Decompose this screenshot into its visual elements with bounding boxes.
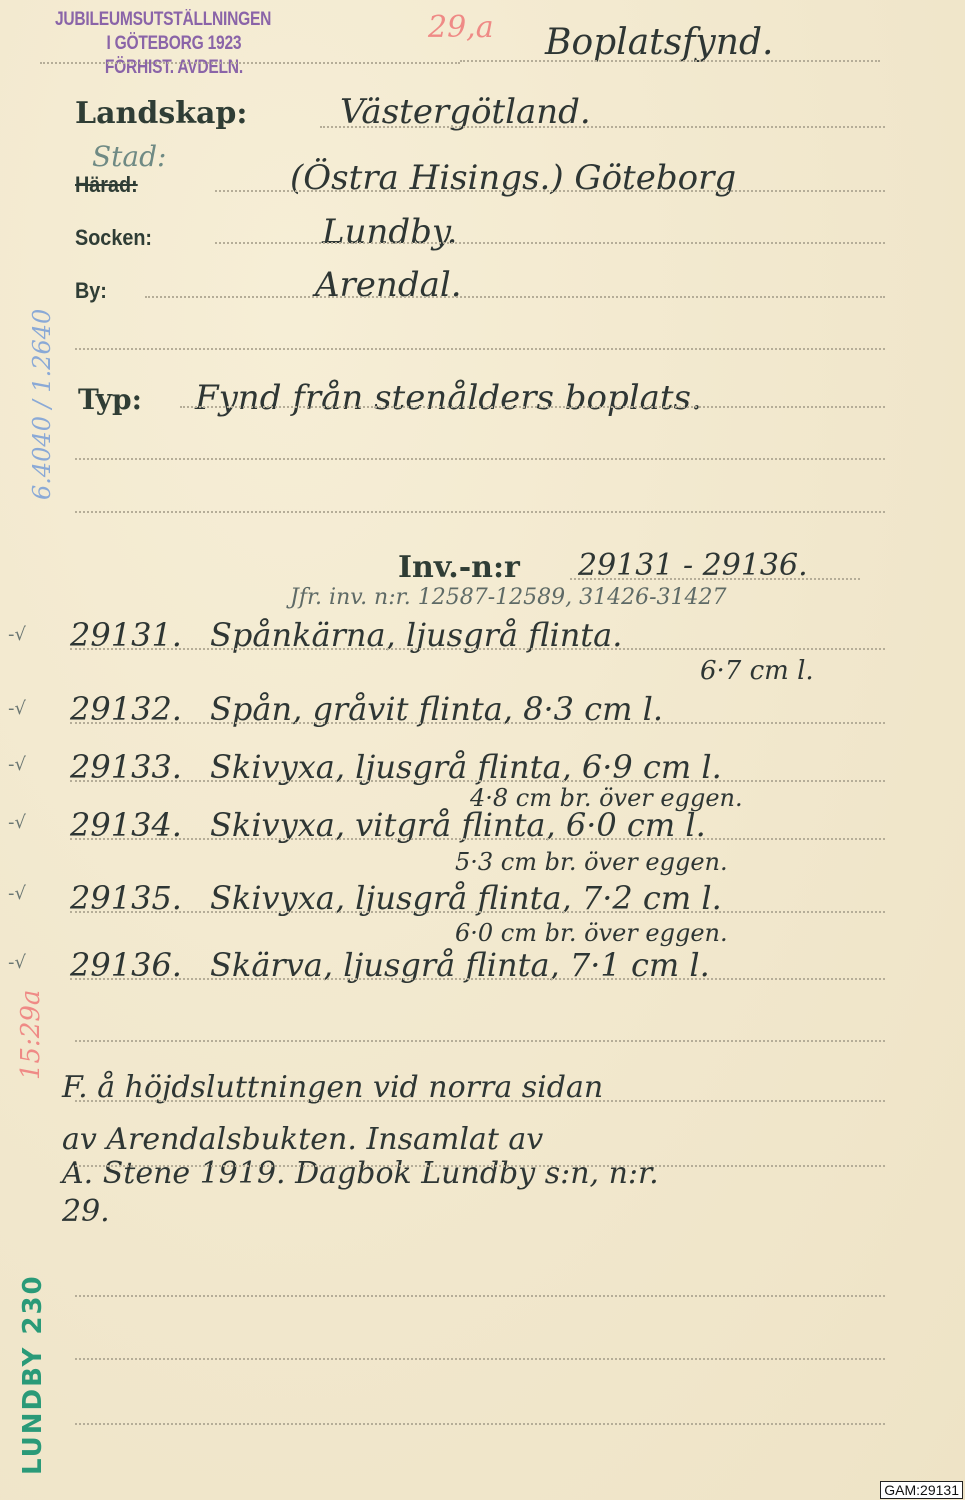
item-line [70, 978, 885, 980]
check-mark: -√ [8, 812, 26, 833]
coordinate-note: 6.4040 / 1.2640 [28, 309, 56, 500]
remark-rule-2 [75, 1165, 885, 1167]
landskap-label: Landskap: [75, 96, 248, 131]
inventory-label: Inv.-n:r [398, 550, 520, 585]
remark-line-4: 29. [62, 1194, 110, 1229]
blank-line-5 [75, 1295, 885, 1297]
blank-line-7 [75, 1423, 885, 1425]
exhibition-stamp: JUBILEUMSUTSTÄLLNINGEN I GÖTEBORG 1923 F… [55, 8, 268, 80]
list-item: -√ 29134. Skivyxa, vitgrå flinta, 6·0 cm… [0, 802, 965, 862]
title-line-right [460, 60, 880, 62]
catalog-id-badge: GAM:29131 [880, 1481, 963, 1499]
harad-line [215, 190, 885, 192]
remark-line-3: A. Stene 1919. Dagbok Lundby s:n, n:r. [62, 1156, 659, 1191]
item-line [70, 648, 885, 650]
socken-label: Socken: [75, 225, 152, 251]
card-title: Boplatsfynd. [545, 22, 773, 63]
item-line [70, 780, 885, 782]
item-line [70, 722, 885, 724]
title-line [40, 62, 460, 64]
by-line [145, 296, 885, 298]
typ-line [180, 406, 885, 408]
check-mark: -√ [8, 698, 26, 719]
blank-line-6 [75, 1358, 885, 1360]
inventory-reference: Jfr. inv. n:r. 12587-12589, 31426-31427 [290, 585, 727, 610]
inventory-line [570, 578, 860, 580]
stamp-line-1: JUBILEUMSUTSTÄLLNINGEN [55, 8, 268, 32]
check-mark: -√ [8, 883, 26, 904]
reference-note: 15:29a [16, 990, 46, 1080]
socken-line [215, 242, 885, 244]
check-mark: -√ [8, 952, 26, 973]
item-line [70, 911, 885, 913]
stamp-line-3: FÖRHIST. AVDELN. [55, 56, 268, 80]
list-item: -√ 29133. Skivyxa, ljusgrå flinta, 6·9 c… [0, 744, 965, 804]
card-number-note: 29,a [428, 10, 494, 45]
landskap-line [320, 126, 885, 128]
remark-rule-1 [75, 1100, 885, 1102]
list-item: -√ 29136. Skärva, ljusgrå flinta, 7·1 cm… [0, 942, 965, 1002]
remark-line-2: av Arendalsbukten. Insamlat av [62, 1122, 543, 1157]
by-value: Arendal. [315, 265, 462, 305]
check-mark: -√ [8, 754, 26, 775]
item-note: 6·7 cm l. [700, 656, 814, 686]
typ-label: Typ: [78, 383, 142, 416]
item-note: 5·3 cm br. över eggen. [455, 848, 728, 876]
stad-note: Stad: [92, 140, 166, 173]
item-line [70, 838, 885, 840]
blank-line-4 [75, 1040, 885, 1042]
typ-value: Fynd från stenålders boplats. [195, 378, 702, 418]
blank-line-3 [75, 511, 885, 513]
by-label: By: [75, 278, 107, 304]
parish-label: LUNDBY 230 [18, 1274, 48, 1475]
socken-value: Lundby. [322, 212, 457, 252]
list-item: -√ 29135. Skivyxa, ljusgrå flinta, 7·2 c… [0, 875, 965, 935]
harad-value: (Östra Hisings.) Göteborg [290, 158, 736, 198]
harad-label: Härad: [75, 172, 138, 198]
blank-line-1 [75, 348, 885, 350]
list-item: -√ 29132. Spån, gråvit flinta, 8·3 cm l. [0, 690, 965, 750]
blank-line-2 [75, 458, 885, 460]
list-item: -√ 29131. Spånkärna, ljusgrå flinta. 6·7… [0, 612, 965, 672]
stamp-line-2: I GÖTEBORG 1923 [55, 32, 268, 56]
check-mark: -√ [8, 624, 26, 645]
